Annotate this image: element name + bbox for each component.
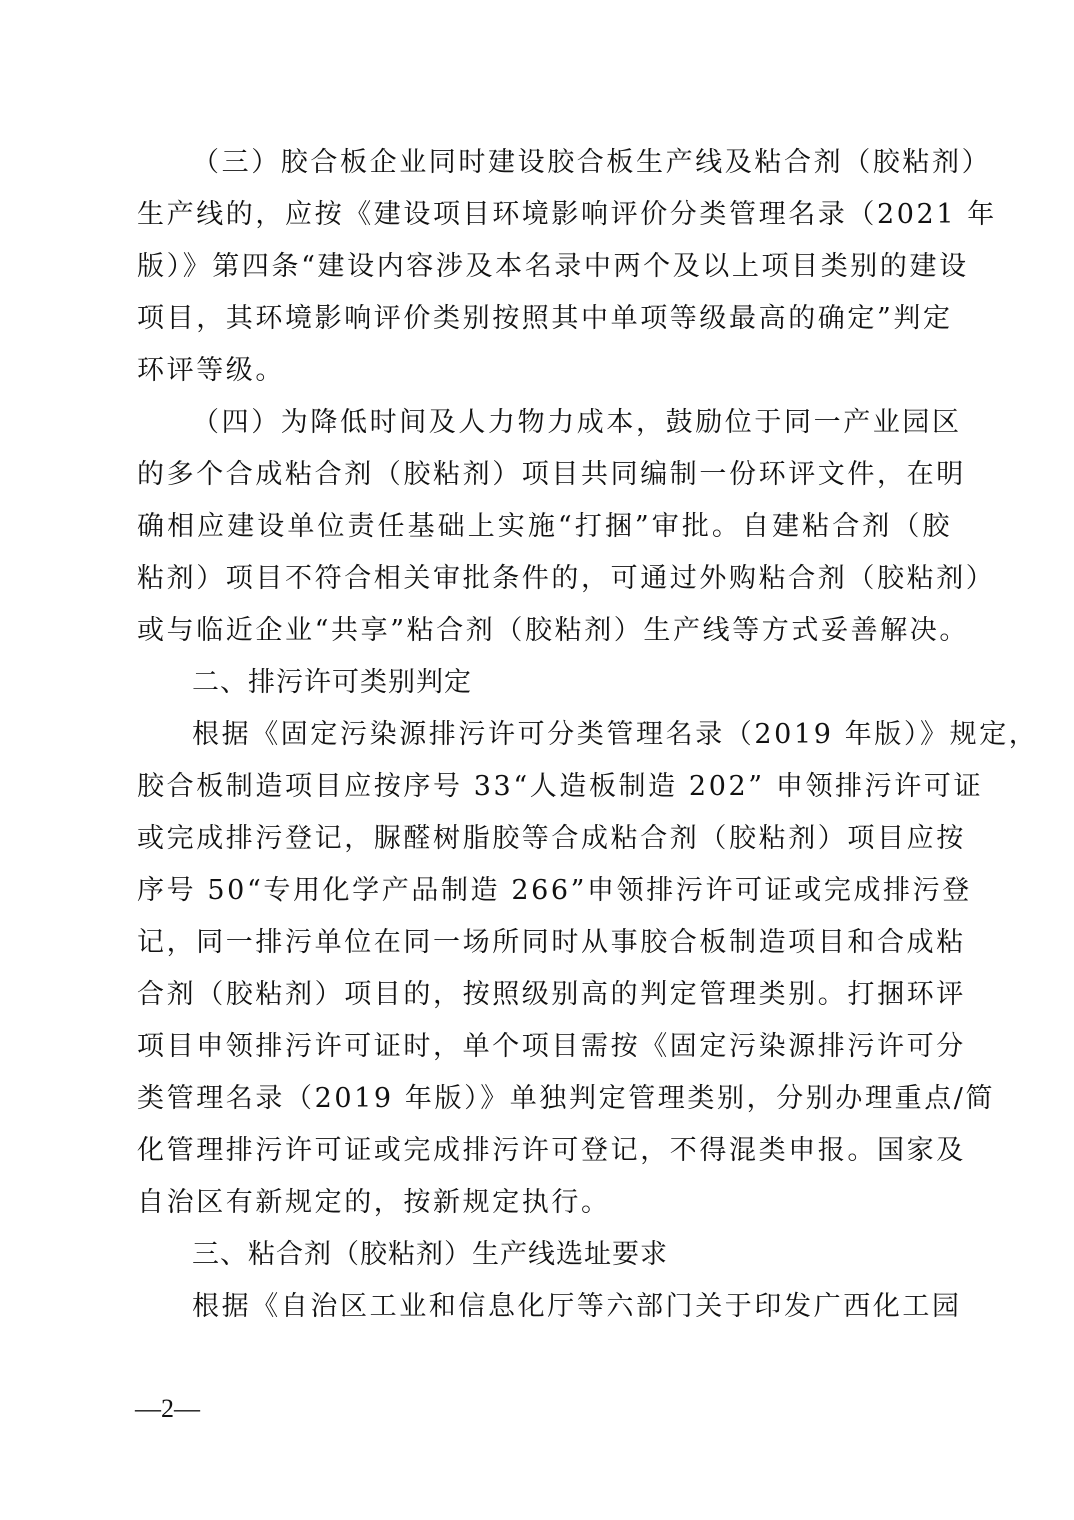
document-page: （三）胶合板企业同时建设胶合板生产线及粘合剂（胶粘剂） 生产线的，应按《建设项目… bbox=[0, 0, 1074, 1520]
text-line: 根据《固定污染源排污许可分类管理名录（2019 年版）》规定， bbox=[192, 718, 952, 752]
page-number: —2— bbox=[135, 1394, 200, 1424]
text-line: 环评等级。 bbox=[137, 354, 952, 388]
text-line: （三）胶合板企业同时建设胶合板生产线及粘合剂（胶粘剂） bbox=[192, 146, 952, 180]
text-line: 的多个合成粘合剂（胶粘剂）项目共同编制一份环评文件，在明 bbox=[137, 458, 952, 492]
text-line: 自治区有新规定的，按新规定执行。 bbox=[137, 1186, 952, 1220]
text-line: 或完成排污登记，脲醛树脂胶等合成粘合剂（胶粘剂）项目应按 bbox=[137, 822, 952, 856]
text-line: 粘剂）项目不符合相关审批条件的，可通过外购粘合剂（胶粘剂） bbox=[137, 562, 952, 596]
section-heading-2: 二、排污许可类别判定 bbox=[192, 666, 472, 700]
text-line: 合剂（胶粘剂）项目的，按照级别高的判定管理类别。打捆环评 bbox=[137, 978, 952, 1012]
text-line: 化管理排污许可证或完成排污许可登记，不得混类申报。国家及 bbox=[137, 1134, 952, 1168]
text-line: 类管理名录（2019 年版）》单独判定管理类别，分别办理重点/简 bbox=[137, 1082, 952, 1116]
section-heading-3: 三、粘合剂（胶粘剂）生产线选址要求 bbox=[192, 1238, 668, 1272]
text-line: 胶合板制造项目应按序号 33“人造板制造 202” 申领排污许可证 bbox=[137, 770, 952, 804]
text-line: 确相应建设单位责任基础上实施“打捆”审批。自建粘合剂（胶 bbox=[137, 510, 952, 544]
text-line: 或与临近企业“共享”粘合剂（胶粘剂）生产线等方式妥善解决。 bbox=[137, 614, 952, 648]
text-line: （四）为降低时间及人力物力成本，鼓励位于同一产业园区 bbox=[192, 406, 952, 440]
text-line: 序号 50“专用化学产品制造 266”申领排污许可证或完成排污登 bbox=[137, 874, 952, 908]
text-line: 版）》第四条“建设内容涉及本名录中两个及以上项目类别的建设 bbox=[137, 250, 952, 284]
text-line: 记，同一排污单位在同一场所同时从事胶合板制造项目和合成粘 bbox=[137, 926, 952, 960]
text-line: 根据《自治区工业和信息化厅等六部门关于印发广西化工园 bbox=[192, 1290, 952, 1324]
text-line: 项目，其环境影响评价类别按照其中单项等级最高的确定”判定 bbox=[137, 302, 952, 336]
text-line: 项目申领排污许可证时，单个项目需按《固定污染源排污许可分 bbox=[137, 1030, 952, 1064]
text-line: 生产线的，应按《建设项目环境影响评价分类管理名录（2021 年 bbox=[137, 198, 952, 232]
